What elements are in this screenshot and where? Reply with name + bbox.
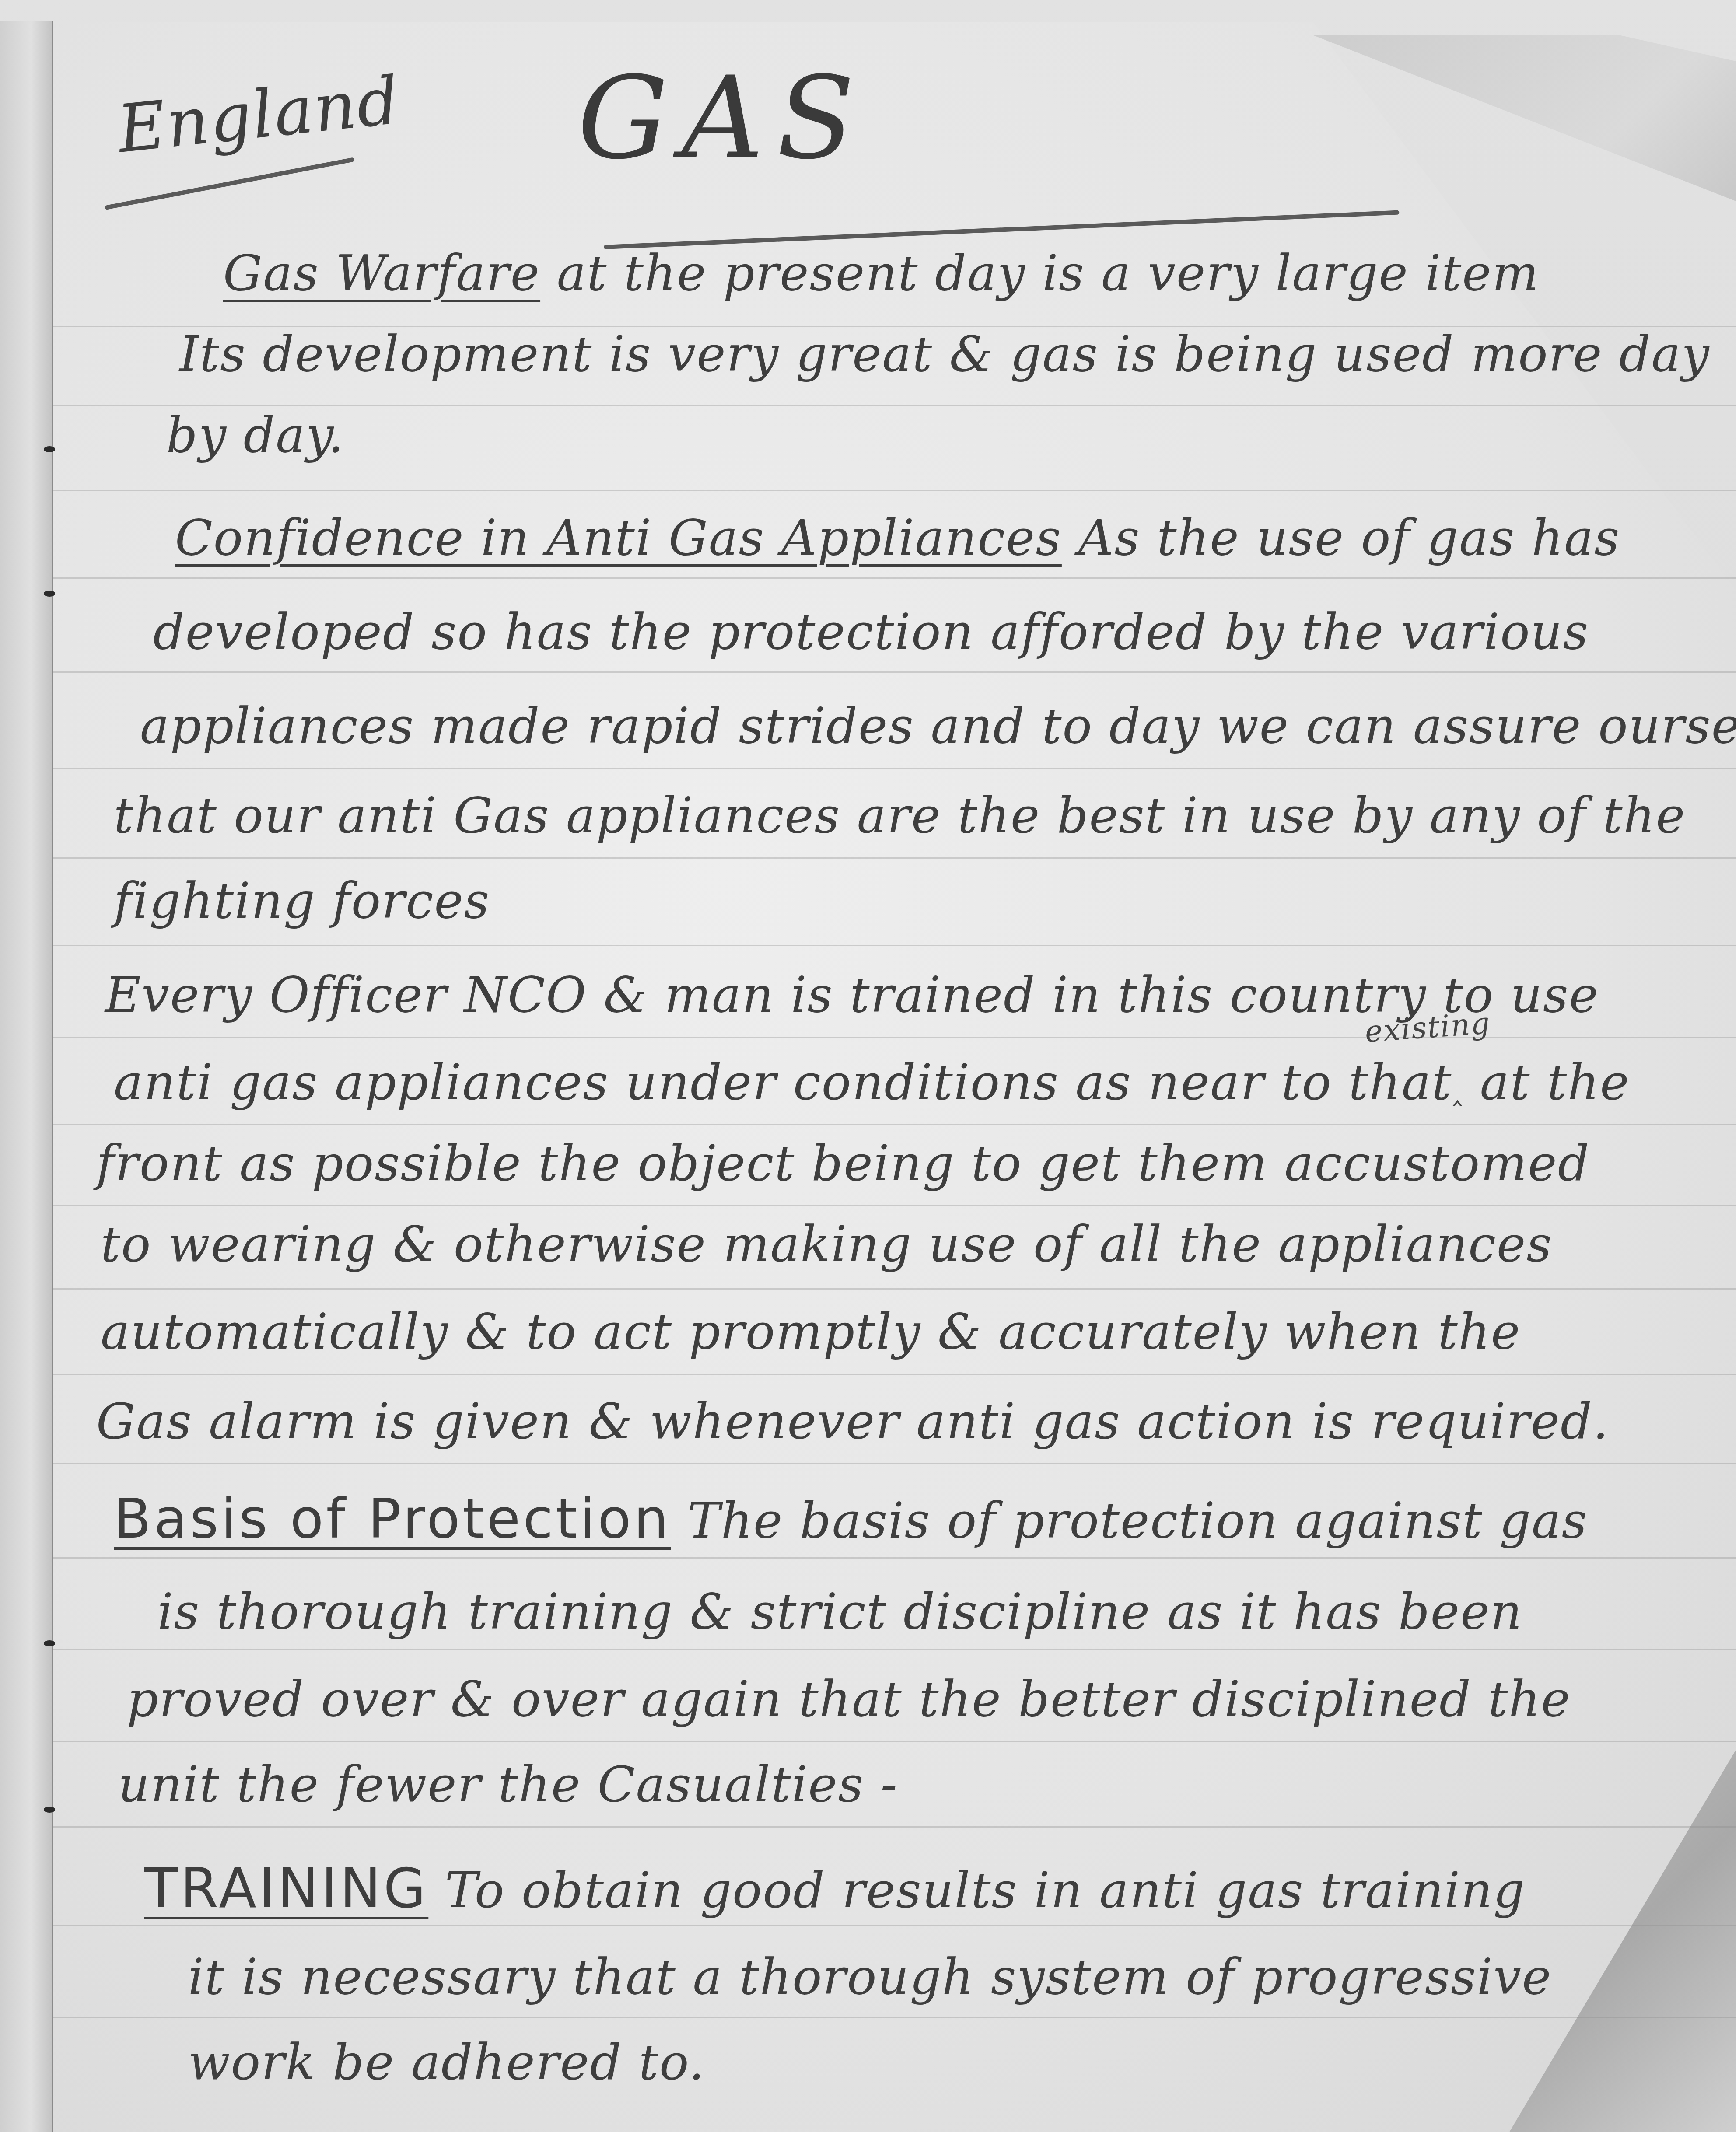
ruled-line — [53, 1288, 1736, 1290]
line-text: The basis of protection against gas — [687, 1492, 1588, 1549]
ruled-line — [53, 1649, 1736, 1650]
staple-hole — [44, 1807, 55, 1813]
ruled-line — [53, 1374, 1736, 1375]
text-line-20: it is necessary that a thorough system o… — [188, 1949, 1552, 2006]
facing-page-edge — [0, 21, 53, 2132]
ruled-line — [53, 945, 1736, 946]
text-line-5: developed so has the protection afforded… — [153, 604, 1589, 661]
text-line-13: automatically & to act promptly & accura… — [101, 1304, 1521, 1360]
line-text-after: at the — [1480, 1054, 1630, 1111]
heading-confidence: Confidence in Anti Gas Appliances — [175, 510, 1062, 566]
ruled-line — [53, 1205, 1736, 1206]
text-line-17: proved over & over again that the better… — [127, 1671, 1571, 1728]
heading-training: TRAINING — [144, 1857, 428, 1920]
heading-gas-warfare: Gas Warfare — [223, 245, 540, 302]
ruled-line — [53, 1463, 1736, 1464]
text-line-14: Gas alarm is given & whenever anti gas a… — [96, 1393, 1609, 1450]
text-line-18: unit the fewer the Casualties - — [118, 1756, 898, 1813]
page-title: GAS — [577, 52, 868, 185]
staple-hole — [44, 446, 55, 452]
staple-hole — [44, 591, 55, 597]
ruled-line — [53, 1925, 1736, 1926]
ruled-line — [53, 1557, 1736, 1559]
ruled-line — [53, 768, 1736, 769]
ruled-line — [53, 1741, 1736, 1742]
heading-basis-of-protection: Basis of Protection — [114, 1487, 671, 1551]
ruled-line — [53, 1826, 1736, 1828]
insertion-caret: ‸ — [1452, 1071, 1463, 1107]
line-text: anti gas appliances under conditions as … — [114, 1054, 1452, 1111]
staple-hole — [44, 1640, 55, 1646]
ruled-line — [53, 405, 1736, 406]
ruled-line — [53, 857, 1736, 859]
line-text: To obtain good results in anti gas train… — [445, 1862, 1526, 1919]
text-line-16: is thorough training & strict discipline… — [157, 1583, 1523, 1640]
line-text: As the use of gas has — [1078, 510, 1620, 566]
ruled-line — [53, 1124, 1736, 1125]
text-line-12: to wearing & otherwise making use of all… — [101, 1216, 1553, 1273]
ruled-line — [53, 577, 1736, 579]
text-line-3: by day. — [166, 407, 344, 464]
text-line-10: anti gas appliances under conditions as … — [114, 1054, 1630, 1111]
text-line-7: that our anti Gas appliances are the bes… — [114, 787, 1686, 844]
text-line-4: Confidence in Anti Gas Appliances As the… — [175, 510, 1620, 566]
text-line-19: TRAINING To obtain good results in anti … — [144, 1857, 1526, 1920]
ruled-line — [53, 2017, 1736, 2018]
text-line-8: fighting forces — [114, 873, 490, 930]
text-line-11: front as possible the object being to ge… — [96, 1135, 1590, 1192]
ruled-line — [53, 490, 1736, 491]
text-line-6: appliances made rapid strides and to day… — [140, 698, 1736, 755]
text-line-2: Its development is very great & gas is b… — [179, 326, 1710, 383]
line-text: at the present day is a very large item — [557, 245, 1540, 302]
text-line-15: Basis of Protection The basis of protect… — [114, 1487, 1588, 1551]
text-line-21: work be adhered to. — [188, 2034, 705, 2091]
text-line-1: Gas Warfare at the present day is a very… — [223, 245, 1540, 302]
ruled-line — [53, 671, 1736, 673]
